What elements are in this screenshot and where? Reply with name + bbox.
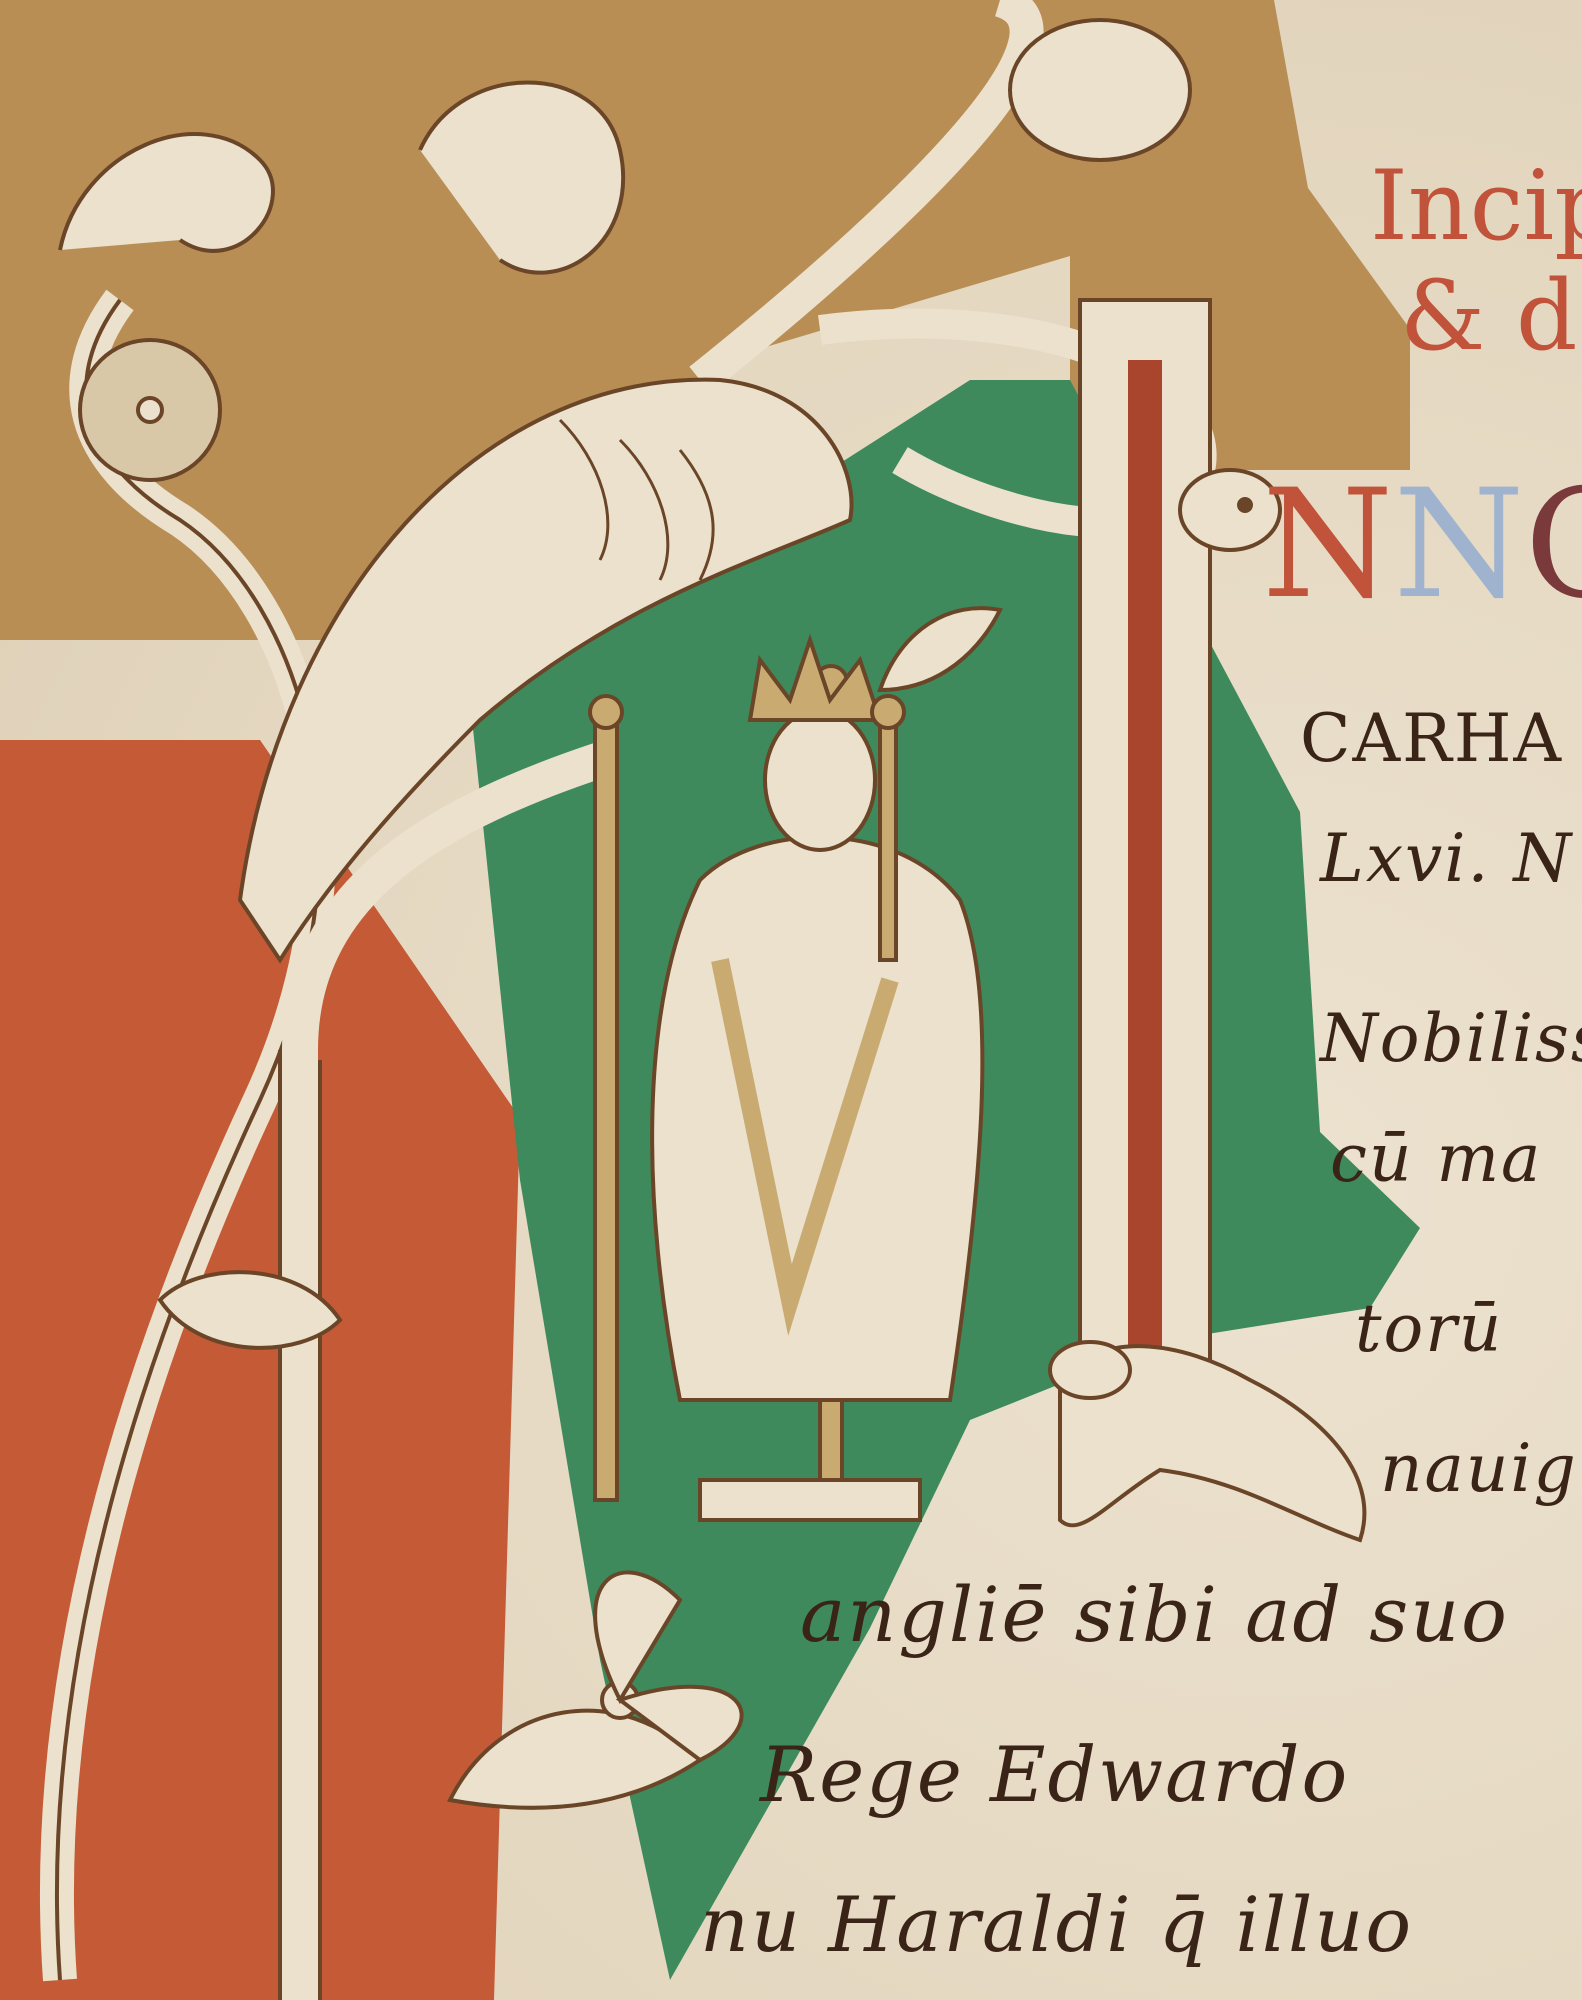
text-line-4: cū ma xyxy=(1330,1120,1542,1197)
rubric-incipit: Incip xyxy=(1370,150,1582,262)
text-line-1: CARHA xyxy=(1300,700,1563,777)
display-initials: NNO xyxy=(1262,470,1582,620)
text-line-7: angliē sibi ad suo xyxy=(800,1570,1509,1659)
text-line-5: torū xyxy=(1355,1290,1503,1367)
initial-n-blue: N xyxy=(1393,458,1524,632)
text-line-2: Lxvi. N xyxy=(1320,820,1573,897)
initial-n-red: N xyxy=(1262,458,1393,632)
text-line-8: Rege Edwardo xyxy=(760,1730,1349,1819)
text-line-3: Nobiliss xyxy=(1320,1000,1582,1077)
text-line-6: nauig xyxy=(1380,1430,1578,1507)
rubric-line-2: & d xyxy=(1400,260,1577,372)
text-line-9: nu Haraldi q̄ illuo xyxy=(700,1880,1413,1969)
initial-o-purple: O xyxy=(1525,458,1582,632)
